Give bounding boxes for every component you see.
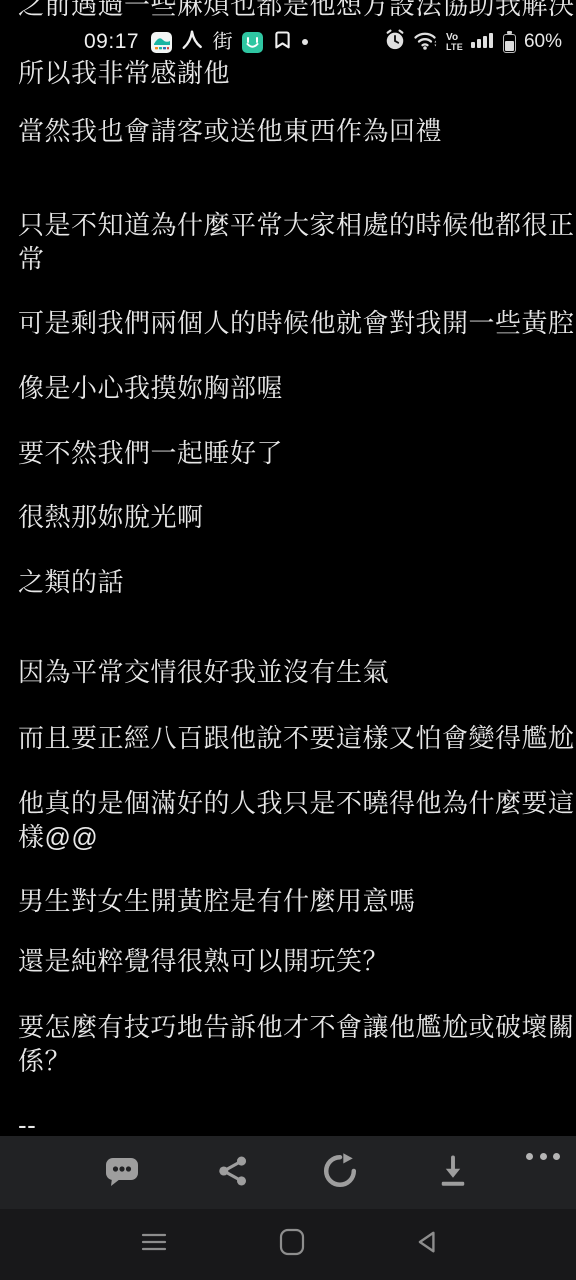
alarm-icon: [384, 29, 406, 56]
bottom-toolbar: [0, 1136, 576, 1209]
post-line: 當然我也會請客或送他東西作為回禮: [18, 114, 570, 148]
post-line: 係？: [18, 1044, 570, 1078]
status-bar: 09:17 街: [0, 25, 576, 59]
comment-icon: [102, 1153, 142, 1194]
mihome-app-icon: [242, 32, 263, 53]
more-icon: [526, 1153, 533, 1160]
navigation-bar: [0, 1209, 576, 1280]
home-button[interactable]: [252, 1209, 332, 1280]
post-line: 男生對女生開黃腔是有什麼用意嗎: [18, 884, 570, 918]
post-line: 所以我非常感謝他: [18, 56, 570, 90]
post-line: 很熱那妳脫光啊: [18, 500, 570, 534]
recents-menu-button[interactable]: [114, 1209, 194, 1280]
post-line: 他真的是個滿好的人我只是不曉得他為什麼要這: [18, 786, 570, 820]
post-line: 要怎麼有技巧地告訴他才不會讓他尷尬或破壞關: [18, 1010, 570, 1044]
post-line: 還是純粹覺得很熟可以開玩笑？: [18, 944, 570, 978]
jkopay-app-icon: 街: [212, 32, 233, 53]
post-line: 因為平常交情很好我並沒有生氣: [18, 655, 570, 689]
post-line: 而且要正經八百跟他說不要這樣又怕會變得尷尬: [18, 721, 570, 755]
share-button[interactable]: [214, 1154, 252, 1192]
post-line: 只是不知道為什麼平常大家相處的時候他都很正: [18, 208, 570, 242]
system-status-icons: Vo LTE 60%: [384, 29, 562, 56]
post-line: 之類的話: [18, 565, 570, 599]
overflow-dot-icon: [302, 39, 308, 45]
post-line: 常: [18, 242, 570, 276]
post-line: 樣@@: [18, 820, 570, 854]
share-icon: [216, 1154, 250, 1193]
youbike-app-icon: [151, 32, 172, 53]
clock-text: 09:17: [84, 30, 139, 54]
wifi-icon: [413, 29, 439, 56]
refresh-icon: [322, 1153, 358, 1194]
post-line: 要不然我們一起睡好了: [18, 436, 570, 470]
refresh-button[interactable]: [321, 1154, 359, 1192]
download-icon: [435, 1153, 471, 1194]
download-button[interactable]: [434, 1154, 472, 1192]
home-icon: [278, 1227, 306, 1262]
back-icon: [415, 1229, 441, 1260]
signal-icon: [470, 29, 496, 56]
notification-icons: 街: [151, 29, 308, 56]
volte-icon: Vo LTE: [446, 33, 463, 52]
comment-button[interactable]: [103, 1154, 141, 1192]
post-line: 之前遇過一些麻煩也都是他想方設法協助我解決: [18, 0, 570, 22]
battery-percent-text: 60%: [524, 31, 562, 53]
acrobat-app-icon: [181, 29, 203, 56]
post-line: 可是剩我們兩個人的時候他就會對我開一些黃腔: [18, 306, 570, 340]
menu-icon: [140, 1230, 168, 1259]
more-options-button[interactable]: [526, 1148, 560, 1164]
battery-icon: [503, 31, 516, 53]
post-line: 像是小心我摸妳胸部喔: [18, 371, 570, 405]
back-button[interactable]: [388, 1209, 468, 1280]
bookmark-app-icon: [272, 29, 293, 55]
